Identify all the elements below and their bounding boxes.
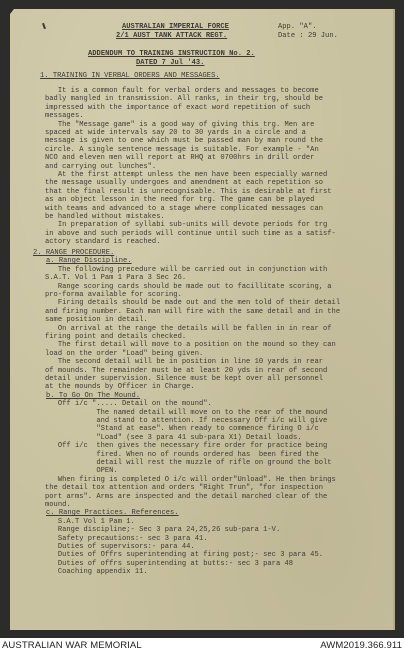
subsection-c-line: Duties of offrs superintending at butts:…: [45, 560, 293, 568]
document-body: AUSTRALIAN IMPERIAL FORCE 2/1 AUST TANK …: [10, 9, 395, 630]
org-line-2: 2/1 AUST TANK ATTACK REGT.: [116, 32, 227, 40]
title-line-2: DATED 7 Jul '43.: [136, 59, 204, 67]
section-1-line: circle. A single sentence message is sui…: [45, 146, 319, 154]
subsection-c-heading: c. Range Practices. References.: [46, 509, 179, 517]
section-1-line: messages.: [45, 112, 84, 120]
section-1-line: as an object lesson in the need for trg.…: [45, 196, 314, 204]
section-1-line: the message usually undergoes and amendm…: [45, 179, 323, 187]
archive-caption-bar: AUSTRALIAN WAR MEMORIAL AWM2019.366.911: [0, 638, 404, 653]
section-1-line: It is a common fault for verbal orders a…: [45, 87, 319, 95]
subsection-a-heading: a. Range Discipline.: [46, 257, 132, 265]
subsection-a-line: same position in detail.: [45, 316, 148, 324]
subsection-a-line: The first detail will move to a position…: [45, 341, 336, 349]
section-1-line: badly mangled in transmission. All ranks…: [45, 95, 323, 103]
subsection-b-heading: b. To Go On The Mound.: [46, 392, 140, 400]
section-1-line: In preparation of syllabi sub-units will…: [45, 221, 327, 229]
org-line-1: AUSTRALIAN IMPERIAL FORCE: [122, 23, 229, 31]
subsection-a-line: load on the order "Load" being given.: [45, 350, 203, 358]
subsection-a-line: The following precedure will be carried …: [45, 266, 327, 274]
subsection-b-line: OPEN.: [45, 467, 118, 475]
subsection-a-line: firing point and details checked.: [45, 333, 186, 341]
title-line-1: ADDENDUM TO TRAINING INSTRUCTION No. 2.: [88, 50, 255, 58]
subsection-b-line: and stand to attention. If necessary Off…: [45, 417, 327, 425]
section-1-line: message is given to one which must be pa…: [45, 137, 323, 145]
section-1-line: and carrying out lunches".: [45, 163, 156, 171]
appendix-label: App. "A".: [278, 23, 317, 31]
accession-number: AWM2019.366.911: [320, 640, 402, 651]
document-page: AUSTRALIAN IMPERIAL FORCE 2/1 AUST TANK …: [10, 9, 395, 630]
subsection-a-line: of mounds. The remainder must be at leas…: [45, 367, 327, 375]
subsection-a-line: at the mounds by Officer in Charge.: [45, 383, 195, 391]
subsection-b-line: Off i/c then gives the necessary fire or…: [45, 442, 327, 450]
section-1-line: The "Message game" is a good way of givi…: [45, 121, 314, 129]
institution-label: AUSTRALIAN WAR MEMORIAL: [2, 640, 142, 651]
subsection-c-line: Range discipline;- Sec 3 para 24,25,26 s…: [45, 526, 280, 534]
subsection-a-line: S.A.T. Vol 1 Pam 1 Para 3 Sec 26.: [45, 274, 186, 282]
section-1-line: with teams and advanced to a stage where…: [45, 205, 323, 213]
subsection-c-line: Duties of supervisors:- para 44.: [45, 543, 195, 551]
subsection-a-line: Range scoring cards should be made out t…: [45, 283, 332, 291]
subsection-a-line: On arrival at the range the details will…: [45, 325, 332, 333]
subsection-b-line: The named detail will move on to the rea…: [45, 409, 327, 417]
section-1-line: NCO and eleven men will report at RHQ at…: [45, 154, 314, 162]
date-label: Date : 29 Jun.: [278, 32, 338, 40]
subsection-b-line: When firing is completed O i/c will orde…: [45, 476, 336, 484]
subsection-b-line: fired. When no of rounds ordered has bee…: [45, 451, 319, 459]
subsection-a-line: and firing number. Each man will fire wi…: [45, 308, 340, 316]
section-1-line: in above and such periods will continue …: [45, 230, 336, 238]
subsection-b-line: "Stand at ease". When ready to commence …: [45, 425, 319, 433]
subsection-c-line: Coaching appendix 11.: [45, 568, 148, 576]
section-1-line: impressed with the importance of exact w…: [45, 104, 310, 112]
subsection-b-line: the detail tox attention and orders "Rig…: [45, 484, 323, 492]
subsection-a-line: The second detail will be in position in…: [45, 358, 323, 366]
subsection-a-line: Firing details should be made out and th…: [45, 299, 340, 307]
subsection-b-line: detail will rest the muzzle of rifle on …: [45, 459, 332, 467]
subsection-c-line: S.A.T Vol 1 Pam 1.: [45, 518, 135, 526]
subsection-b-line: port arms". Arms are inspected and the d…: [45, 493, 327, 501]
section-1-line: spaced at wide intervals say 20 to 30 ya…: [45, 129, 306, 137]
section-1-heading: 1. TRAINING IN VERBAL ORDERS AND MESSAGE…: [40, 72, 220, 80]
subsection-b-line: "Load" (see 3 para 41 sub-para X1) Detai…: [45, 434, 302, 442]
section-1-line: be handled without mistakes.: [45, 213, 165, 221]
section-1-line: At the first attempt unless the men have…: [45, 171, 327, 179]
subsection-b-line: mound.: [45, 501, 71, 509]
section-1-line: that the final result is unrecognisable.…: [45, 188, 332, 196]
subsection-b-line: Off i/c "..... Detail on the mound".: [45, 400, 212, 408]
section-1-line: actory standard is reached.: [45, 238, 160, 246]
subsection-c-line: Safety precautions:- sec 3 para 41.: [45, 535, 208, 543]
subsection-c-line: Duties of Offrs superintending at firing…: [45, 551, 323, 559]
subsection-a-line: detail under supervision. Silence must b…: [45, 375, 323, 383]
section-2-heading: 2. RANGE PROCEDURE.: [33, 249, 114, 257]
subsection-a-line: pro-forma available for scoring.: [45, 291, 182, 299]
